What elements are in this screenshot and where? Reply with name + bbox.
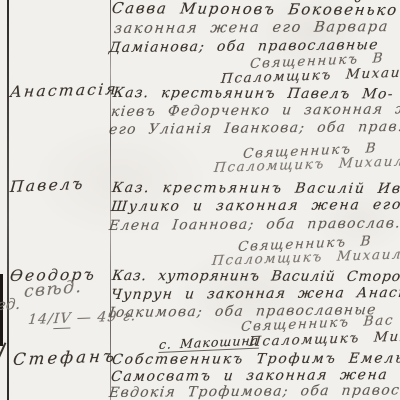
scanned-register-page: ъ Савва Мироновъ Боковенько и законная ж… xyxy=(0,0,400,400)
signature-line: Псаломщикъ Мих xyxy=(248,329,400,349)
record-line: Собственникъ Трофимъ Емель- xyxy=(111,351,400,368)
signature-line: Псаломщикъ Михаил xyxy=(220,65,400,86)
village-note: с. Макошина xyxy=(158,334,259,353)
pencil-date-month: IV xyxy=(53,310,72,329)
record-line: Елена Іоаннова; оба православ. xyxy=(108,216,400,234)
record-line: законная жена его Варвара xyxy=(113,20,390,38)
record-line: Евдокія Трофимова; оба правосл. xyxy=(108,383,400,400)
record-line: Чупрун и законная жена Анаста- xyxy=(110,286,400,304)
margin-name: Анастасія xyxy=(9,81,118,101)
margin-name: Павелъ xyxy=(9,176,85,196)
record-line: его Уліанія Іванкова; оба прав. xyxy=(108,120,400,138)
record-line: Савва Мироновъ Боковенько и xyxy=(111,0,400,19)
pencil-note: свѣд. xyxy=(24,278,83,302)
left-border-line xyxy=(7,0,9,400)
record-line: Шулико и законная жена его xyxy=(110,198,400,215)
pencil-date-rest: — 49 г. xyxy=(71,308,137,326)
pencil-fragment: ед. xyxy=(0,296,21,314)
signature-line: Псаломщикъ Михаил xyxy=(213,154,400,175)
pencil-date: 14/IV — 49 г. xyxy=(27,309,137,328)
record-line: Каз. крестьянинъ Павелъ Мо- xyxy=(112,86,395,103)
record-line: кіевъ Федорченко и законная ж- xyxy=(110,102,400,120)
record-line: Каз. хуторянинъ Василій Сторожен- xyxy=(111,269,400,286)
record-line: Каз. крестьянинъ Василій Ив. xyxy=(111,181,400,197)
pencil-date-day: 14/ xyxy=(27,311,54,328)
margin-name: Стефанъ xyxy=(12,347,118,369)
